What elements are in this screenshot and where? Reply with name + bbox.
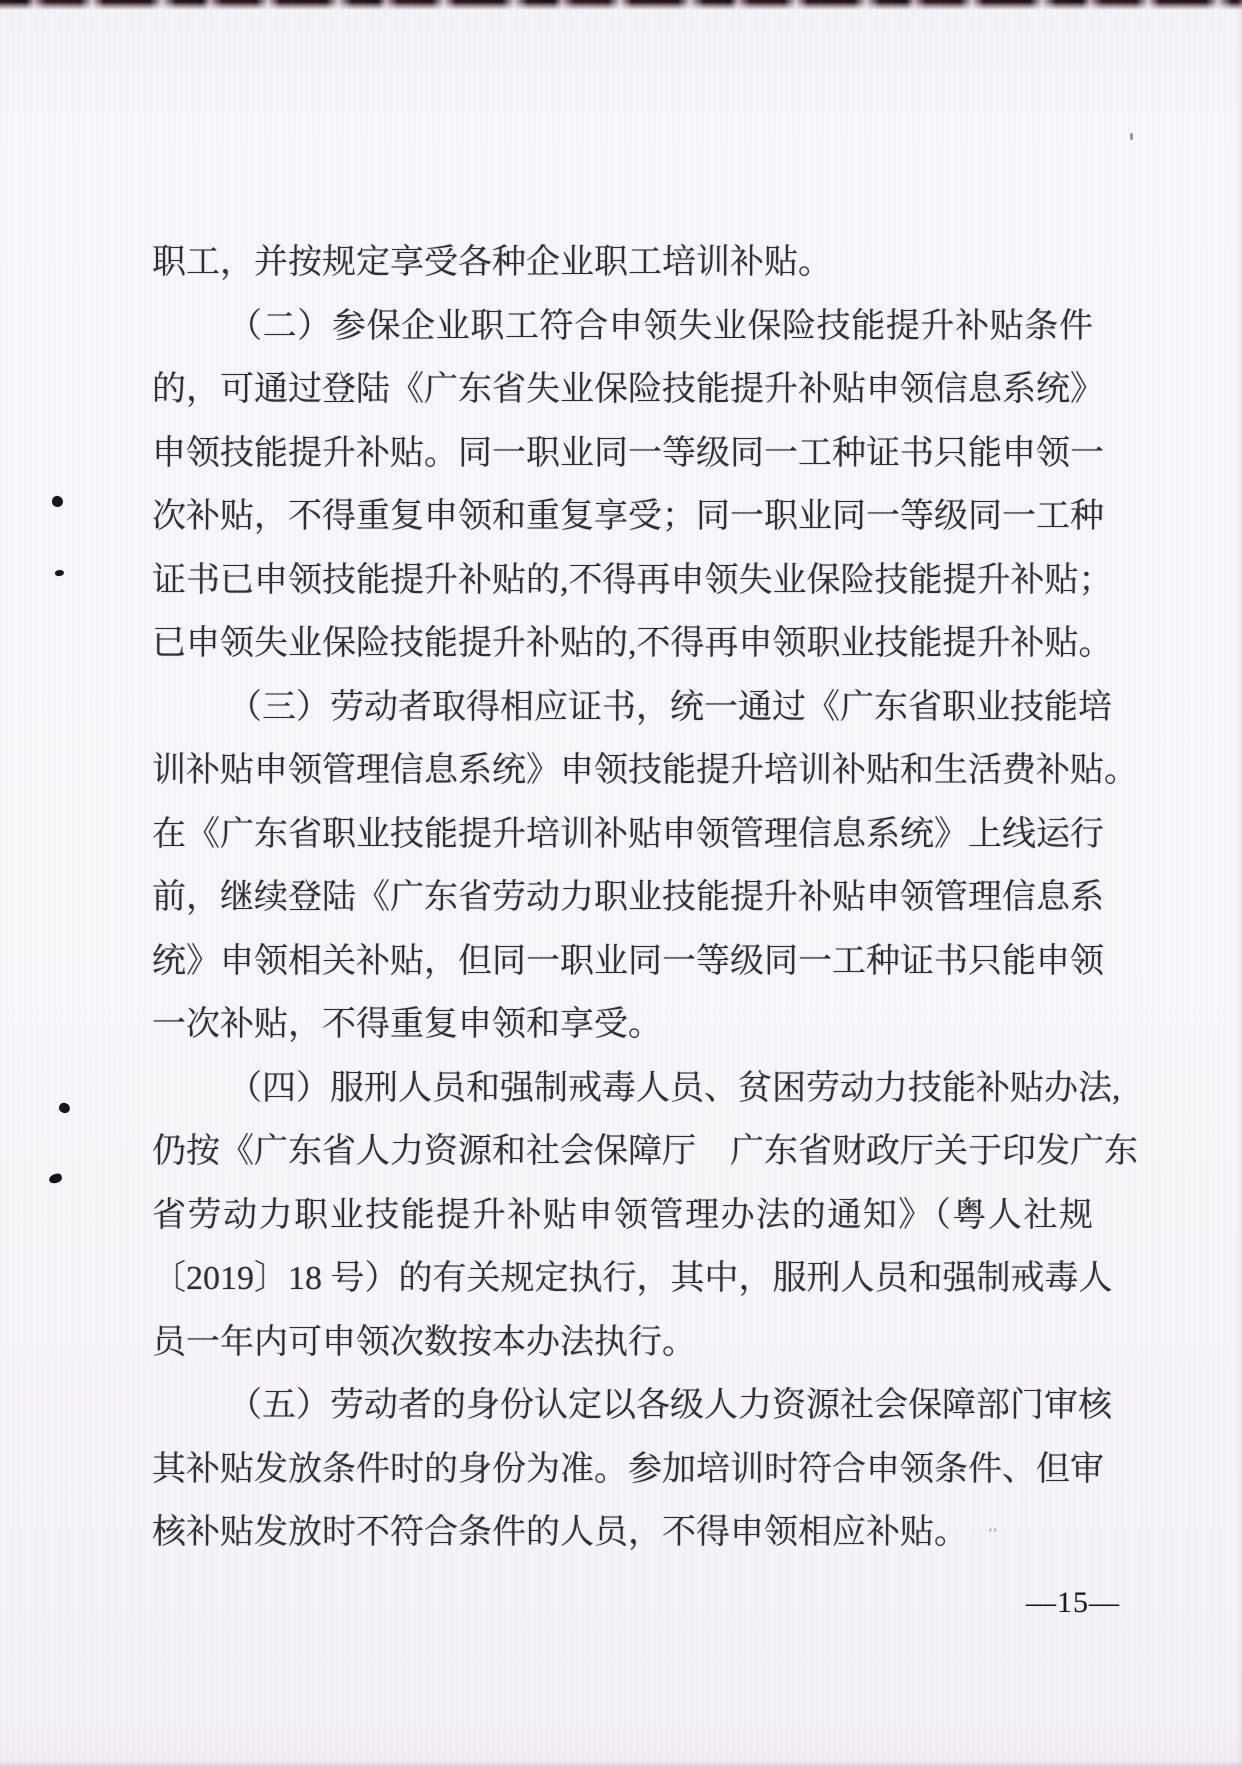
text-line: 次补贴，不得重复申领和重复享受；同一职业同一等级同一工种 [152, 485, 1093, 549]
text-line: 前，继续登陆《广东省劳动力职业技能提升补贴申领管理信息系 [152, 866, 1093, 930]
text-line: 省劳动力职业技能提升补贴申领管理办法的通知》（粤人社规 [152, 1184, 1093, 1248]
text-line: 已申领失业保险技能提升补贴的,不得再申领职业技能提升补贴。 [152, 612, 1093, 676]
text-line: （二）参保企业职工符合申领失业保险技能提升补贴条件 [152, 295, 1093, 359]
ink-speck [1130, 133, 1133, 140]
text-line: 训补贴申领管理信息系统》申领技能提升培训补贴和生活费补贴。 [152, 739, 1093, 803]
text-line: 职工，并按规定享受各种企业职工培训补贴。 [152, 231, 1093, 295]
scan-right-edge-shade [1237, 0, 1242, 1767]
text-line: 员一年内可申领次数按本办法执行。 [152, 1311, 1093, 1375]
text-line: （四）服刑人员和强制戒毒人员、贫困劳动力技能补贴办法, [152, 1057, 1093, 1121]
text-line: 在《广东省职业技能提升培训补贴申领管理信息系统》上线运行 [152, 803, 1093, 867]
text-line: （五）劳动者的身份认定以各级人力资源社会保障部门审核 [152, 1374, 1093, 1438]
text-line: 的，可通过登陆《广东省失业保险技能提升补贴申领信息系统》 [152, 358, 1093, 422]
text-line: （三）劳动者取得相应证书，统一通过《广东省职业技能培 [152, 676, 1093, 740]
text-line: 一次补贴，不得重复申领和享受。 [152, 993, 1093, 1057]
margin-ink-dot [55, 569, 65, 576]
text-line: 证书已申领技能提升补贴的,不得再申领失业保险技能提升补贴； [152, 549, 1093, 613]
margin-ink-dot [51, 495, 64, 508]
text-line: 〔2019〕18 号）的有关规定执行，其中，服刑人员和强制戒毒人 [152, 1247, 1093, 1311]
document-page: ‚‚ 职工，并按规定享受各种企业职工培训补贴。 （二）参保企业职工符合申领失业保… [0, 0, 1242, 1767]
text-line: 申领技能提升补贴。同一职业同一等级同一工种证书只能申领一 [152, 422, 1093, 486]
document-body: 职工，并按规定享受各种企业职工培训补贴。 （二）参保企业职工符合申领失业保险技能… [152, 231, 1093, 1565]
scan-bottom-edge-artifact [0, 1761, 1242, 1767]
scan-top-edge-artifact [0, 0, 1242, 10]
page-number: —15— [1008, 1586, 1138, 1620]
text-line: 其补贴发放条件时的身份为准。参加培训时符合申领条件、但审 [152, 1438, 1093, 1502]
margin-ink-dot [58, 1101, 72, 1114]
text-line: 仍按《广东省人力资源和社会保障厅 广东省财政厅关于印发广东 [152, 1120, 1093, 1184]
text-line: 核补贴发放时不符合条件的人员，不得申领相应补贴。 [152, 1501, 1093, 1565]
text-line: 统》申领相关补贴，但同一职业同一等级同一工种证书只能申领 [152, 930, 1093, 994]
margin-ink-dot [48, 1173, 63, 1185]
